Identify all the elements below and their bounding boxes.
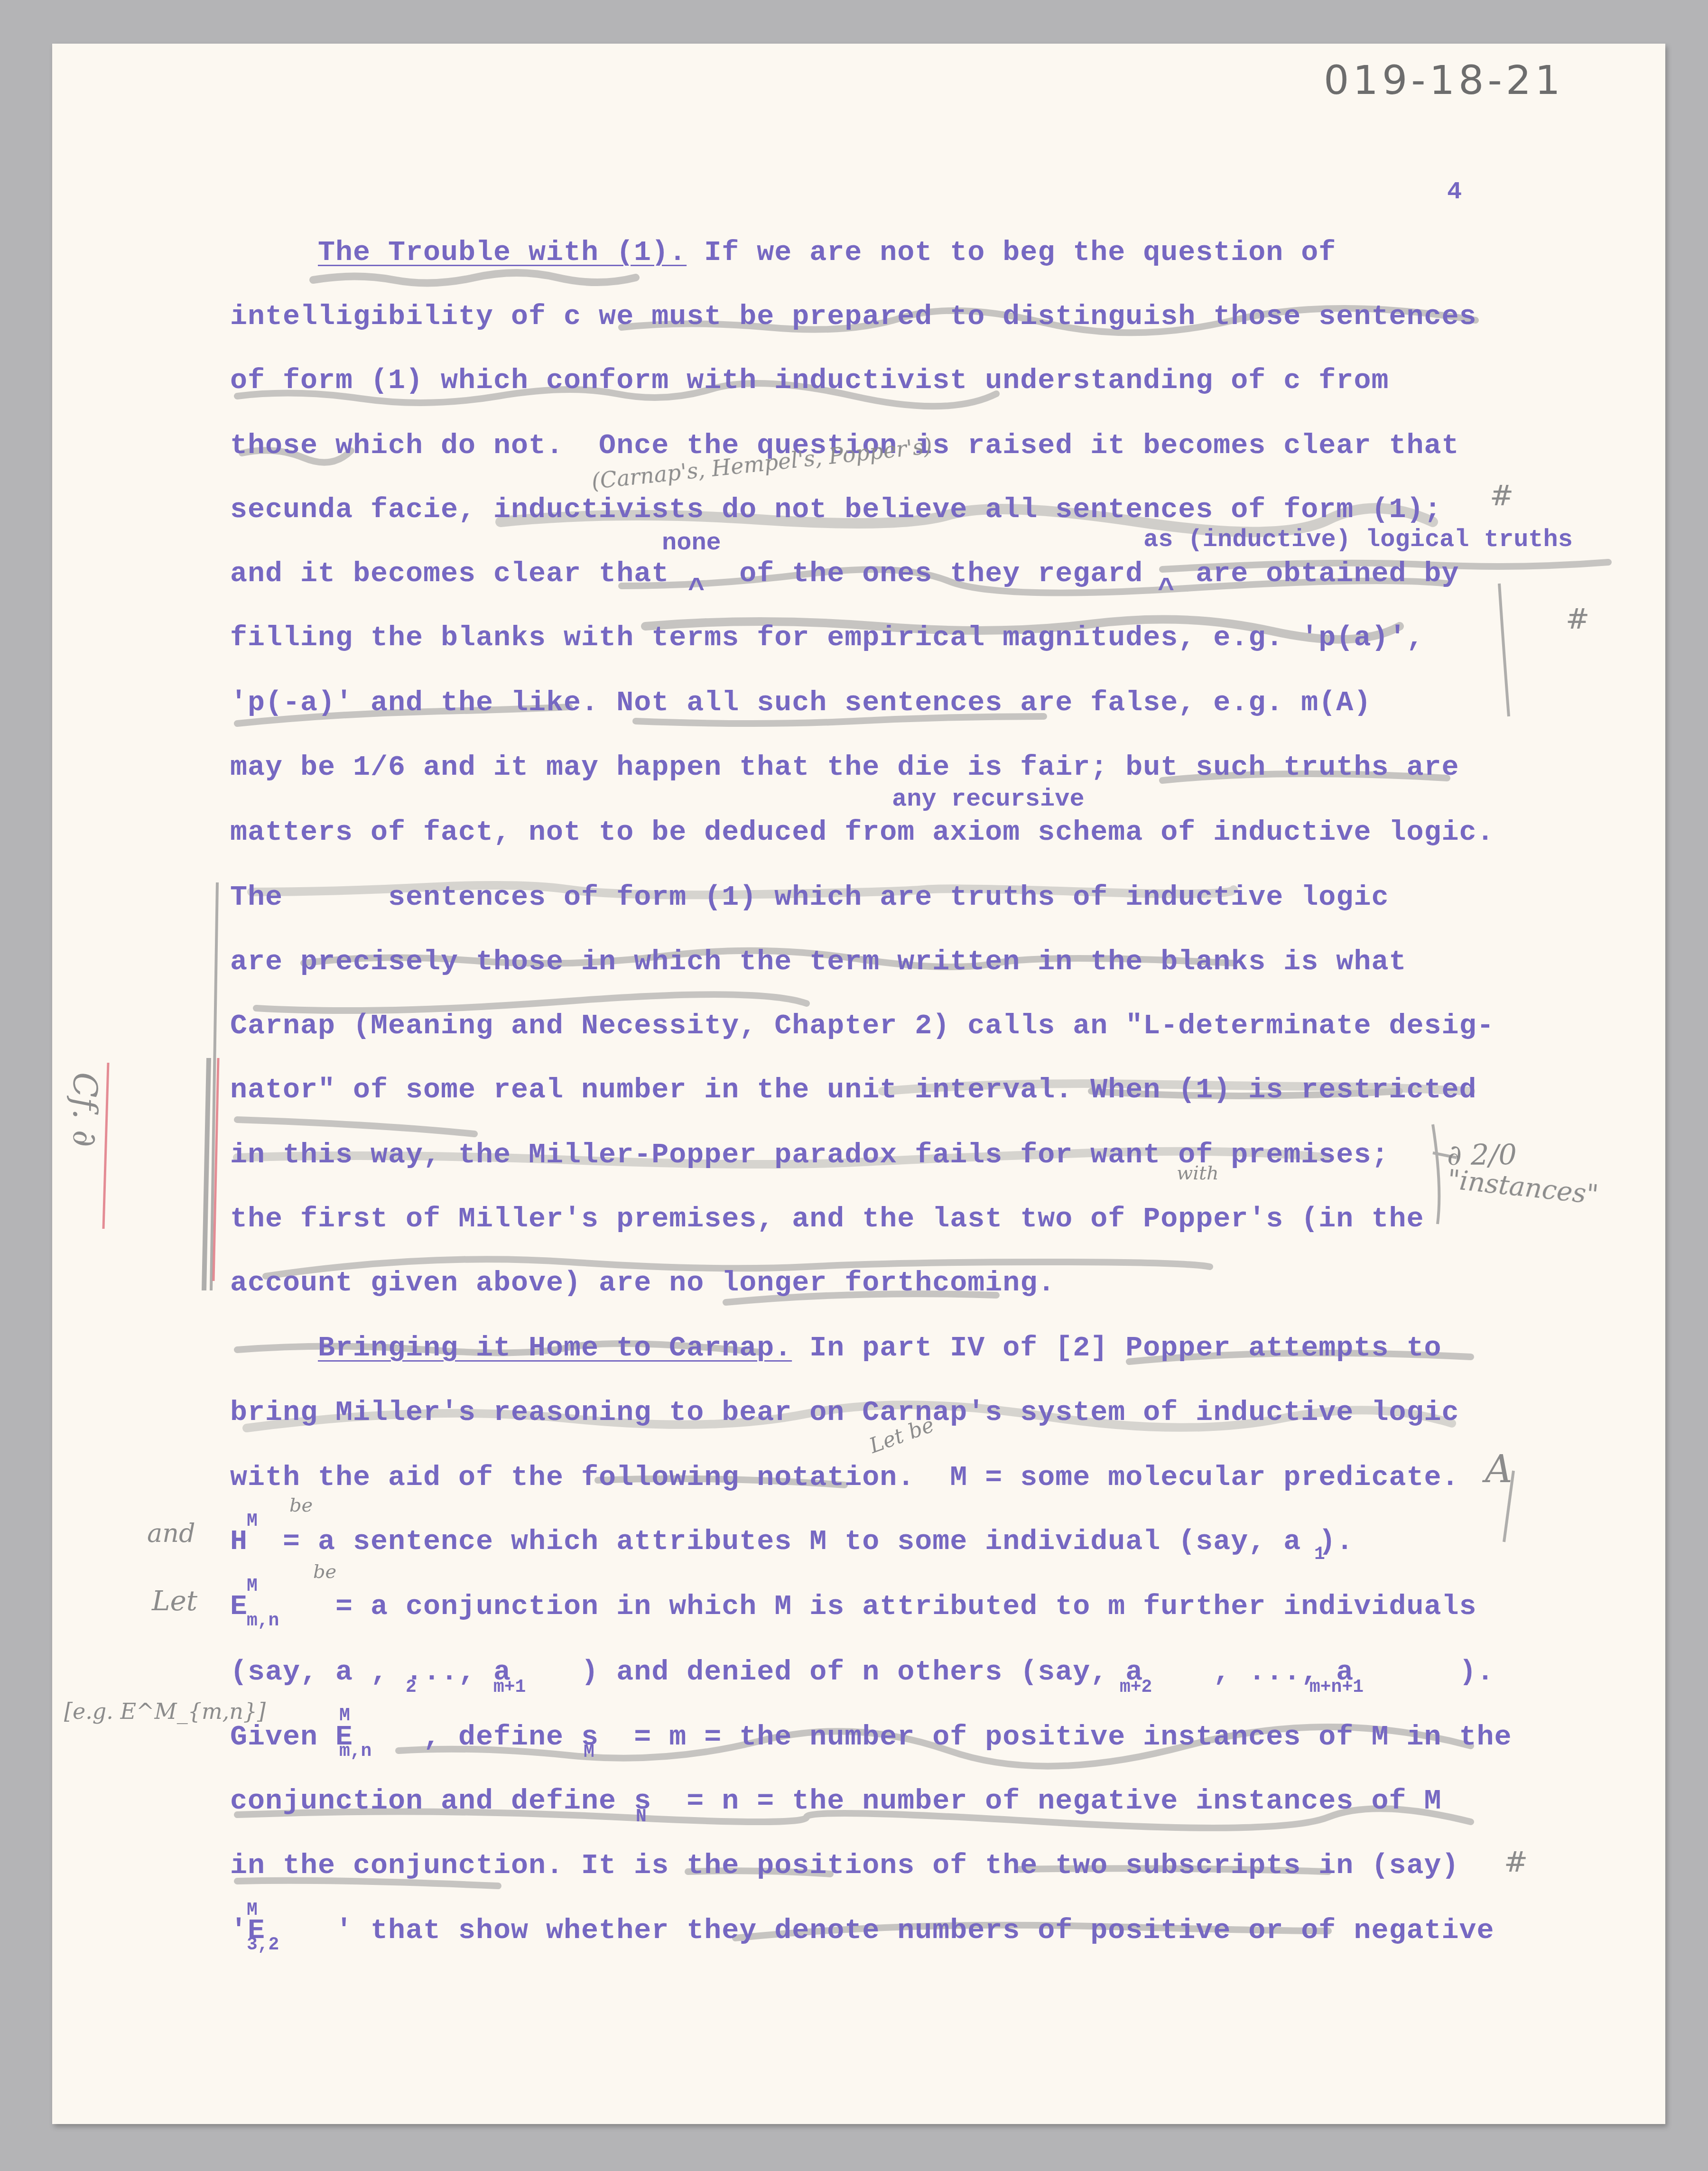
sM-subscript: M	[584, 1742, 594, 1763]
insertion-caret-2: ^	[1158, 574, 1175, 606]
given-E-subscript: m,n	[339, 1741, 371, 1762]
section2-line-4: H = a sentence which attributes M to som…	[230, 1528, 1354, 1556]
amn1-subscript: m+n+1	[1309, 1677, 1364, 1698]
section1-line-3: of form (1) which conform with inductivi…	[230, 367, 1389, 395]
insertion-any-recursive: any recursive	[892, 785, 1085, 813]
am1-subscript: m+1	[493, 1677, 526, 1698]
E-superscript: M	[247, 1576, 258, 1596]
margin-note-and: and	[147, 1518, 195, 1548]
margin-note-let: Let	[152, 1585, 197, 1617]
section1-line-8: 'p(-a)' and the like. Not all such sente…	[230, 689, 1371, 717]
given-E-superscript: M	[339, 1706, 350, 1726]
E-subscript: m,n	[247, 1611, 279, 1631]
margin-note-be-1: be	[289, 1494, 313, 1516]
margin-note-with: with	[1177, 1162, 1219, 1184]
a2-subscript: 2	[406, 1677, 417, 1698]
section1-line-2: intelligibility of c we must be prepared…	[230, 303, 1476, 331]
sN-subscript: N	[636, 1807, 647, 1827]
insertion-logical-truths: as (inductive) logical truths	[1143, 526, 1573, 554]
insertion-none: none	[662, 529, 721, 557]
E32-superscript: M	[247, 1900, 258, 1920]
section2-line-9: in the conjunction. It is the positions …	[230, 1852, 1459, 1880]
section1-line-5: secunda facie, inductivists do not belie…	[230, 496, 1441, 524]
section2-line-10: 'E ' that show whether they denote numbe…	[230, 1917, 1494, 1945]
insertion-caret-1: ^	[688, 574, 705, 606]
section1-line-17: account given above) are no longer forth…	[230, 1269, 1055, 1298]
archive-id: 019-18-21	[1324, 57, 1564, 103]
section1-line-1: The Trouble with (1). If we are not to b…	[318, 239, 1336, 267]
H-superscript: M	[247, 1511, 258, 1531]
hash-mark-3: #	[1504, 1846, 1528, 1879]
section1-line-9: may be 1/6 and it may happen that the di…	[230, 753, 1459, 782]
margin-note-bracket: [e.g. E^M_{m,n}]	[64, 1698, 266, 1725]
section2-line-7: Given E , define s = m = the number of p…	[230, 1723, 1512, 1752]
hash-mark-1: #	[1490, 479, 1513, 512]
section2-line-8: conjunction and define s = n = the numbe…	[230, 1787, 1441, 1816]
section2-heading: Bringing it Home to Carnap.	[318, 1332, 792, 1364]
section1-line-16: the first of Miller's premises, and the …	[230, 1205, 1424, 1234]
E32-subscript: 3,2	[247, 1935, 279, 1955]
section1-line-6: and it becomes clear that of the ones th…	[230, 560, 1459, 588]
a1-subscript: 1	[1314, 1544, 1325, 1565]
section1-line-10: matters of fact, not to be deduced from …	[230, 818, 1494, 847]
hash-mark-2: #	[1566, 603, 1589, 636]
section1-line-11: The sentences of form (1) which are trut…	[230, 883, 1389, 912]
am2-subscript: m+2	[1120, 1677, 1152, 1698]
section2-line-1: Bringing it Home to Carnap. In part IV o…	[318, 1334, 1441, 1363]
margin-note-left-vertical: Cf. ∂	[65, 1072, 104, 1147]
section1-line-12: are precisely those in which the term wr…	[230, 948, 1406, 976]
section1-line-7: filling the blanks with terms for empiri…	[230, 624, 1424, 652]
margin-note-be-2: be	[313, 1561, 336, 1583]
margin-note-right-ref: A	[1485, 1447, 1513, 1491]
section1-line-14: nator" of some real number in the unit i…	[230, 1076, 1476, 1104]
section2-line-2: bring Miller's reasoning to bear on Carn…	[230, 1399, 1459, 1427]
section2-line-5: E = a conjunction in which M is attribut…	[230, 1593, 1476, 1621]
section2-line-3: with the aid of the following notation. …	[230, 1464, 1459, 1492]
page-number: 4	[1447, 178, 1462, 206]
section1-line-13: Carnap (Meaning and Necessity, Chapter 2…	[230, 1012, 1494, 1040]
section2-line-6: (say, a , ..., a ) and denied of n other…	[230, 1658, 1494, 1687]
section1-heading: The Trouble with (1).	[318, 237, 687, 269]
